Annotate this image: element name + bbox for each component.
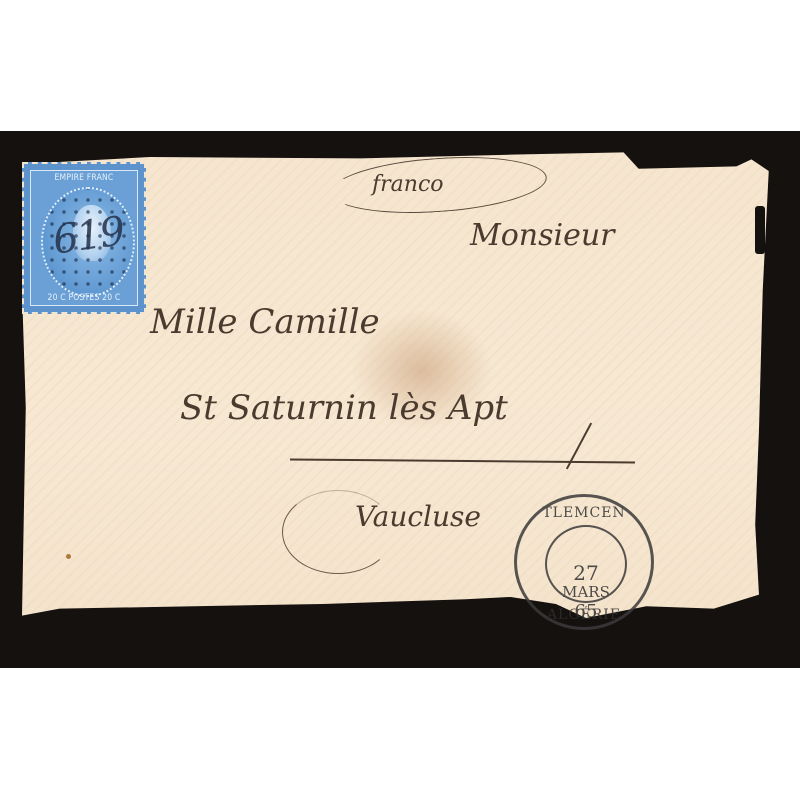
salutation: Monsieur — [470, 218, 615, 253]
stamp-bottom-text: 20 C POSTES 20 C — [31, 293, 137, 303]
postmark: TLEMCEN 27 MARS 65 ALGÉRIE — [514, 494, 654, 630]
stamp-frame: EMPIRE FRANC 619 20 C POSTES 20 C — [30, 170, 138, 306]
postmark-inner-ring: 27 MARS 65 — [545, 525, 627, 603]
cancel-number: 619 — [50, 208, 126, 263]
addressee-department: Vaucluse — [355, 500, 481, 533]
stamp-medallion: 619 — [41, 187, 135, 297]
postage-stamp: EMPIRE FRANC 619 20 C POSTES 20 C — [22, 162, 146, 314]
stamp-top-text: EMPIRE FRANC — [31, 173, 137, 183]
franco-annotation: franco — [372, 172, 444, 197]
torn-edge-notch — [755, 206, 765, 254]
postmark-month: MARS — [547, 583, 625, 601]
ink-spot — [66, 554, 71, 559]
addressee-name: Mille Camille — [150, 302, 380, 342]
postmark-region: ALGÉRIE — [517, 607, 651, 623]
postmark-day: 27 — [547, 561, 625, 585]
addressee-town: St Saturnin lès Apt — [180, 388, 508, 428]
postmark-town: TLEMCEN — [517, 505, 651, 521]
